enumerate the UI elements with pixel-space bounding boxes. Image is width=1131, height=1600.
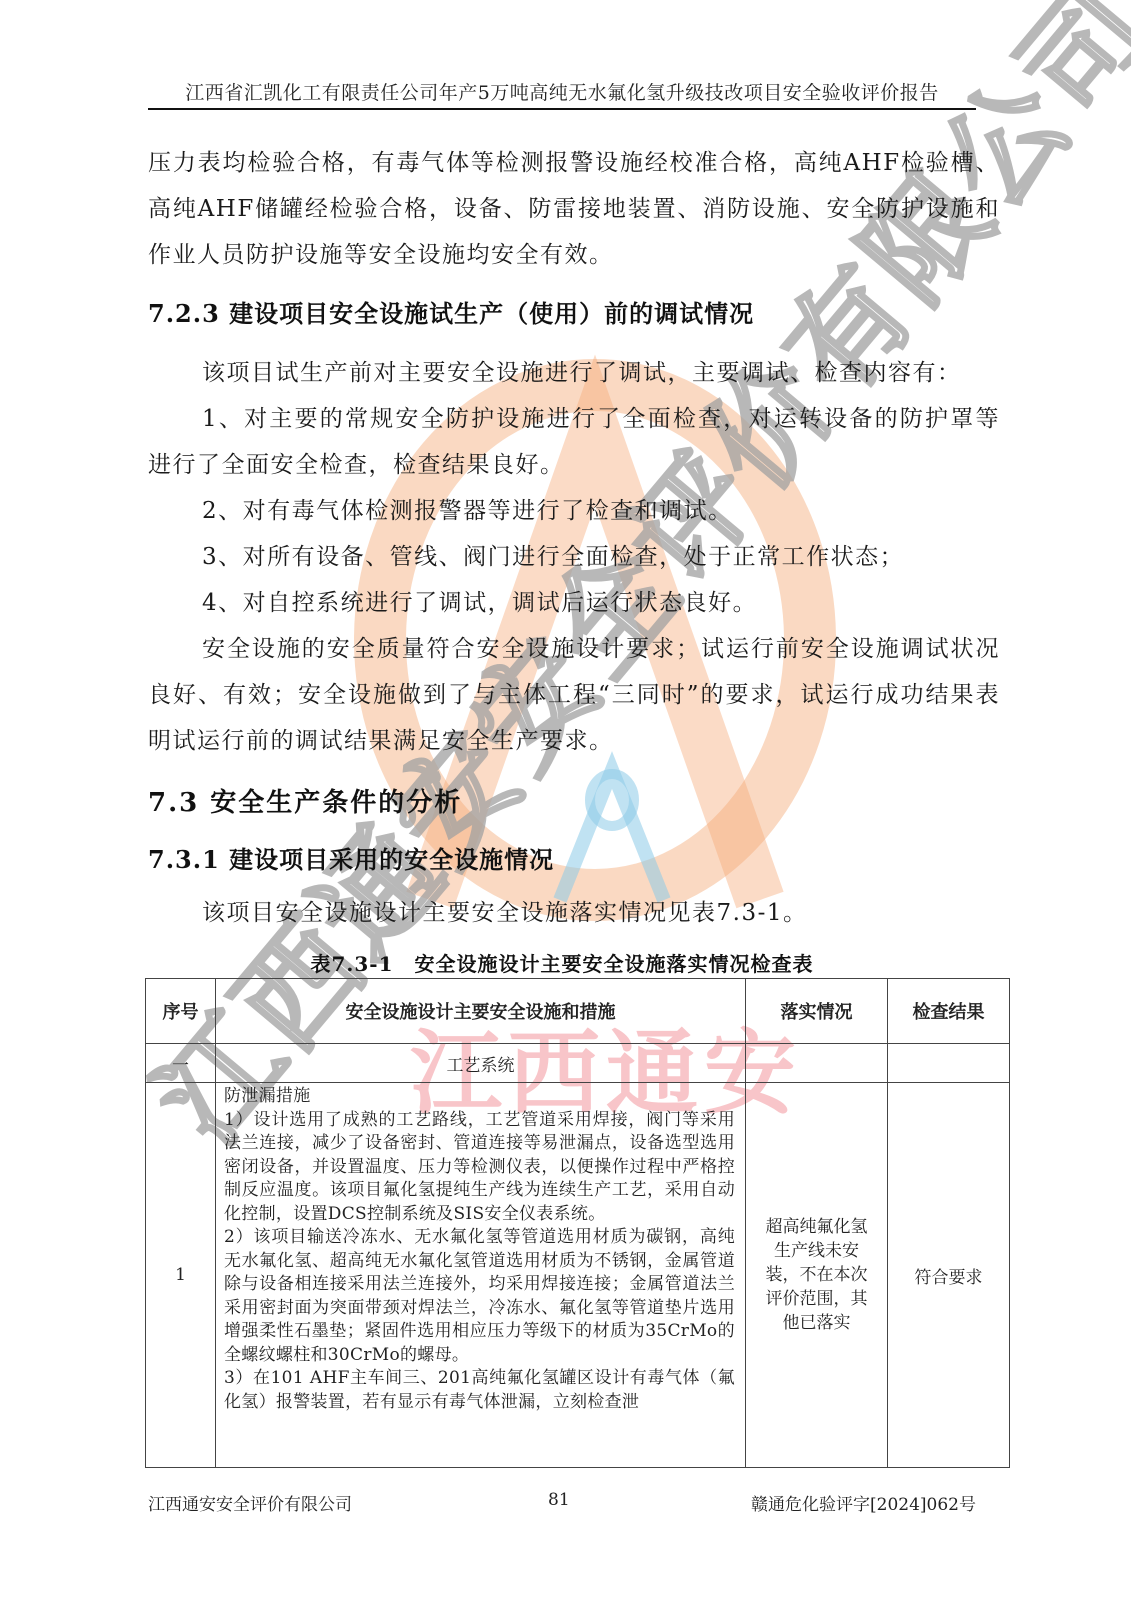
row-implementation: 超高纯氟化氢生产线未安装，不在本次评价范围，其他已落实 [746,1083,888,1468]
category-seq: 一 [146,1044,216,1083]
page-footer: 江西通安安全评价有限公司 81 赣通危化验评字[2024]062号 [148,1490,976,1516]
row-measures: 防泄漏措施 1）设计选用了成熟的工艺路线，工艺管道采用焊接，阀门等采用法兰连接，… [216,1083,746,1468]
row-result: 符合要求 [888,1083,1010,1468]
section-7-2-3-body: 该项目试生产前对主要安全设施进行了调试，主要调试、检查内容有： 1、对主要的常规… [148,350,1000,764]
category-label: 工艺系统 [216,1044,746,1083]
section-7-3-1-body: 该项目安全设施设计主要安全设施落实情况见表7.3-1。 [148,890,1000,936]
column-header-seq: 序号 [146,979,216,1044]
header-divider [148,108,976,110]
category-result [888,1044,1010,1083]
column-header-measures: 安全设施设计主要安全设施和措施 [216,979,746,1044]
table-row: 1 防泄漏措施 1）设计选用了成熟的工艺路线，工艺管道采用焊接，阀门等采用法兰连… [146,1083,1010,1468]
measure-item: 3）在101 AHF主车间三、201高纯氟化氢罐区设计有毒气体（氟化氢）报警装置… [224,1367,735,1414]
category-implementation [746,1044,888,1083]
table-caption: 表7.3-1 安全设施设计主要安全设施落实情况检查表 [148,948,976,977]
safety-facilities-table: 序号 安全设施设计主要安全设施和措施 落实情况 检查结果 一 工艺系统 1 防泄… [145,978,1010,1468]
footer-company: 江西通安安全评价有限公司 [148,1490,352,1515]
intro-paragraph: 压力表均检验合格，有毒气体等检测报警设施经校准合格，高纯AHF检验槽、高纯AHF… [148,140,1000,278]
row-seq: 1 [146,1083,216,1468]
list-item: 3、对所有设备、管线、阀门进行全面检查，处于正常工作状态； [148,534,1000,580]
section-heading-7-3: 7.3 安全生产条件的分析 [148,782,462,819]
section-7-3-1-lead: 该项目安全设施设计主要安全设施落实情况见表7.3-1。 [148,890,1000,936]
section-7-2-3-lead: 该项目试生产前对主要安全设施进行了调试，主要调试、检查内容有： [148,350,1000,396]
intro-paragraph-block: 压力表均检验合格，有毒气体等检测报警设施经校准合格，高纯AHF检验槽、高纯AHF… [148,140,1000,278]
section-heading-7-3-1: 7.3.1 建设项目采用的安全设施情况 [148,840,554,875]
section-heading-7-2-3: 7.2.3 建设项目安全设施试生产（使用）前的调试情况 [148,294,754,329]
list-item: 2、对有毒气体检测报警器等进行了检查和调试。 [148,488,1000,534]
measure-item: 2）该项目输送冷冻水、无水氟化氢等管道选用材质为碳钢，高纯无水氟化氢、超高纯无水… [224,1226,735,1367]
column-header-result: 检查结果 [888,979,1010,1044]
page-header-title: 江西省汇凯化工有限责任公司年产5万吨高纯无水氟化氢升级技改项目安全验收评价报告 [148,78,976,108]
measure-title: 防泄漏措施 [224,1085,735,1109]
measure-item: 1）设计选用了成熟的工艺路线，工艺管道采用焊接，阀门等采用法兰连接，减少了设备密… [224,1109,735,1227]
table-header-row: 序号 安全设施设计主要安全设施和措施 落实情况 检查结果 [146,979,1010,1044]
table-category-row: 一 工艺系统 [146,1044,1010,1083]
list-item: 1、对主要的常规安全防护设施进行了全面检查，对运转设备的防护罩等进行了全面安全检… [148,396,1000,488]
footer-doc-number: 赣通危化验评字[2024]062号 [751,1490,976,1515]
column-header-implementation: 落实情况 [746,979,888,1044]
section-7-2-3-conclusion: 安全设施的安全质量符合安全设施设计要求；试运行前安全设施调试状况良好、有效；安全… [148,626,1000,764]
list-item: 4、对自控系统进行了调试，调试后运行状态良好。 [148,580,1000,626]
footer-page-number: 81 [548,1490,570,1510]
